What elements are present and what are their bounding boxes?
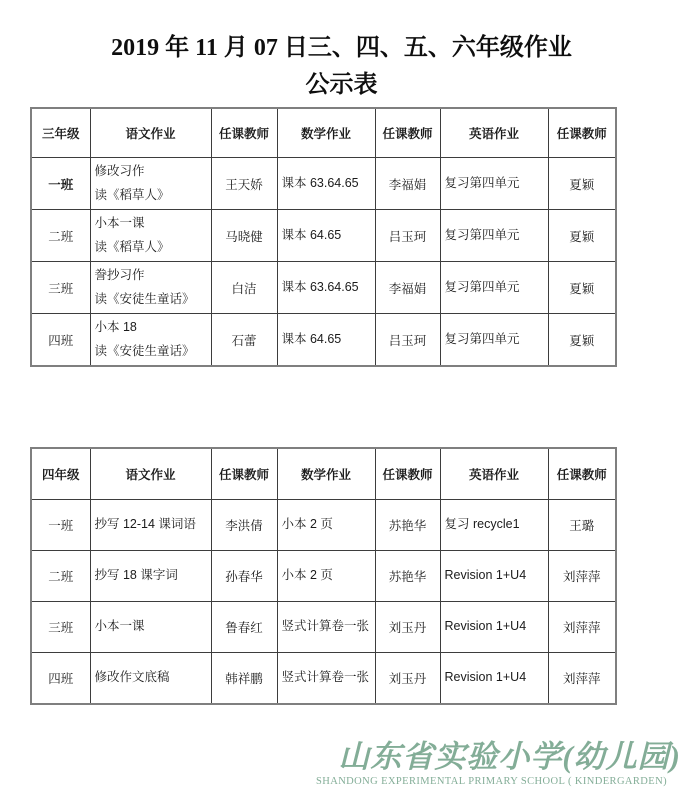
chinese-homework-header: 语文作业 xyxy=(90,448,211,500)
math-teacher-cell: 吕玉珂 xyxy=(375,210,440,262)
english-teacher-cell: 刘萍萍 xyxy=(548,551,616,602)
math-homework-cell: 小本 2 页 xyxy=(277,500,375,551)
chinese-teacher-cell: 白洁 xyxy=(211,262,277,314)
class-cell: 一班 xyxy=(31,500,90,551)
english-teacher-cell: 刘萍萍 xyxy=(548,602,616,653)
math-homework-cell: 竖式计算卷一张 xyxy=(277,653,375,705)
math-teacher-cell: 苏艳华 xyxy=(375,500,440,551)
english-homework-cell: 复习第四单元 xyxy=(440,262,548,314)
school-logo: 山东省实验小学(幼儿园) SHANDONG EXPERIMENTAL PRIMA… xyxy=(21,739,681,788)
math-homework-header: 数学作业 xyxy=(277,448,375,500)
english-teacher-cell: 夏颖 xyxy=(548,158,616,210)
teacher-header: 任课教师 xyxy=(211,108,277,158)
class-cell: 三班 xyxy=(31,602,90,653)
math-teacher-cell: 李福娟 xyxy=(375,262,440,314)
table-row: 四班 修改作文底稿 韩祥鹏 竖式计算卷一张 刘玉丹 Revision 1+U4 … xyxy=(31,653,616,705)
chinese-teacher-cell: 孙春华 xyxy=(211,551,277,602)
chinese-teacher-cell: 李洪倩 xyxy=(211,500,277,551)
grade-label: 四年级 xyxy=(31,448,90,500)
math-homework-cell: 课本 63.64.65 xyxy=(277,158,375,210)
chinese-teacher-cell: 石蕾 xyxy=(211,314,277,367)
math-teacher-cell: 苏艳华 xyxy=(375,551,440,602)
table-row: 一班 抄写 12-14 课词语 李洪倩 小本 2 页 苏艳华 复习 recycl… xyxy=(31,500,616,551)
math-homework-cell: 课本 63.64.65 xyxy=(277,262,375,314)
teacher-header: 任课教师 xyxy=(375,108,440,158)
math-homework-cell: 课本 64.65 xyxy=(277,314,375,367)
page-title-line2: 公示表 xyxy=(0,67,683,104)
school-name-chinese: 山东省实验小学(幼儿园) xyxy=(21,739,681,775)
table-row: 三班 小本一课 鲁春红 竖式计算卷一张 刘玉丹 Revision 1+U4 刘萍… xyxy=(31,602,616,653)
english-homework-cell: Revision 1+U4 xyxy=(440,551,548,602)
class-cell: 二班 xyxy=(31,551,90,602)
table-row: 二班 抄写 18 课字词 孙春华 小本 2 页 苏艳华 Revision 1+U… xyxy=(31,551,616,602)
page-title: 2019 年 11 月 07 日三、四、五、六年级作业 公示表 xyxy=(0,30,683,104)
math-teacher-cell: 李福娟 xyxy=(375,158,440,210)
math-teacher-cell: 刘玉丹 xyxy=(375,653,440,705)
chinese-homework-cell: 抄写 18 课字词 xyxy=(90,551,211,602)
math-teacher-cell: 刘玉丹 xyxy=(375,602,440,653)
class-cell: 四班 xyxy=(31,653,90,705)
teacher-header: 任课教师 xyxy=(211,448,277,500)
chinese-homework-cell: 小本 18 读《安徒生童话》 xyxy=(90,314,211,367)
english-homework-cell: 复习第四单元 xyxy=(440,210,548,262)
grade3-homework-table: 三年级 语文作业 任课教师 数学作业 任课教师 英语作业 任课教师 一班 修改习… xyxy=(30,107,617,367)
teacher-header: 任课教师 xyxy=(375,448,440,500)
page-title-line1: 2019 年 11 月 07 日三、四、五、六年级作业 xyxy=(0,30,683,67)
chinese-teacher-cell: 韩祥鹏 xyxy=(211,653,277,705)
english-homework-header: 英语作业 xyxy=(440,108,548,158)
table-row: 四班 小本 18 读《安徒生童话》 石蕾 课本 64.65 吕玉珂 复习第四单元… xyxy=(31,314,616,367)
english-homework-cell: 复习第四单元 xyxy=(440,158,548,210)
teacher-header: 任课教师 xyxy=(548,108,616,158)
table-header-row: 三年级 语文作业 任课教师 数学作业 任课教师 英语作业 任课教师 xyxy=(31,108,616,158)
chinese-homework-cell: 小本一课 读《稻草人》 xyxy=(90,210,211,262)
english-homework-header: 英语作业 xyxy=(440,448,548,500)
class-cell: 一班 xyxy=(31,158,90,210)
chinese-teacher-cell: 马晓健 xyxy=(211,210,277,262)
english-homework-cell: Revision 1+U4 xyxy=(440,653,548,705)
math-teacher-cell: 吕玉珂 xyxy=(375,314,440,367)
english-homework-cell: 复习第四单元 xyxy=(440,314,548,367)
grade4-homework-table: 四年级 语文作业 任课教师 数学作业 任课教师 英语作业 任课教师 一班 抄写 … xyxy=(30,447,617,705)
chinese-homework-cell: 修改作文底稿 xyxy=(90,653,211,705)
chinese-homework-cell: 誊抄习作 读《安徒生童话》 xyxy=(90,262,211,314)
class-cell: 四班 xyxy=(31,314,90,367)
chinese-teacher-cell: 鲁春红 xyxy=(211,602,277,653)
teacher-header: 任课教师 xyxy=(548,448,616,500)
table-row: 二班 小本一课 读《稻草人》 马晓健 课本 64.65 吕玉珂 复习第四单元 夏… xyxy=(31,210,616,262)
table-header-row: 四年级 语文作业 任课教师 数学作业 任课教师 英语作业 任课教师 xyxy=(31,448,616,500)
english-teacher-cell: 夏颖 xyxy=(548,262,616,314)
class-cell: 二班 xyxy=(31,210,90,262)
class-cell: 三班 xyxy=(31,262,90,314)
english-teacher-cell: 夏颖 xyxy=(548,314,616,367)
english-homework-cell: 复习 recycle1 xyxy=(440,500,548,551)
table-row: 一班 修改习作 读《稻草人》 王天娇 课本 63.64.65 李福娟 复习第四单… xyxy=(31,158,616,210)
chinese-homework-cell: 小本一课 xyxy=(90,602,211,653)
chinese-homework-cell: 抄写 12-14 课词语 xyxy=(90,500,211,551)
math-homework-header: 数学作业 xyxy=(277,108,375,158)
chinese-teacher-cell: 王天娇 xyxy=(211,158,277,210)
math-homework-cell: 竖式计算卷一张 xyxy=(277,602,375,653)
chinese-homework-cell: 修改习作 读《稻草人》 xyxy=(90,158,211,210)
grade-label: 三年级 xyxy=(31,108,90,158)
table-row: 三班 誊抄习作 读《安徒生童话》 白洁 课本 63.64.65 李福娟 复习第四… xyxy=(31,262,616,314)
english-homework-cell: Revision 1+U4 xyxy=(440,602,548,653)
chinese-homework-header: 语文作业 xyxy=(90,108,211,158)
math-homework-cell: 课本 64.65 xyxy=(277,210,375,262)
english-teacher-cell: 夏颖 xyxy=(548,210,616,262)
school-name-english: SHANDONG EXPERIMENTAL PRIMARY SCHOOL ( K… xyxy=(21,775,681,788)
math-homework-cell: 小本 2 页 xyxy=(277,551,375,602)
english-teacher-cell: 刘萍萍 xyxy=(548,653,616,705)
english-teacher-cell: 王璐 xyxy=(548,500,616,551)
